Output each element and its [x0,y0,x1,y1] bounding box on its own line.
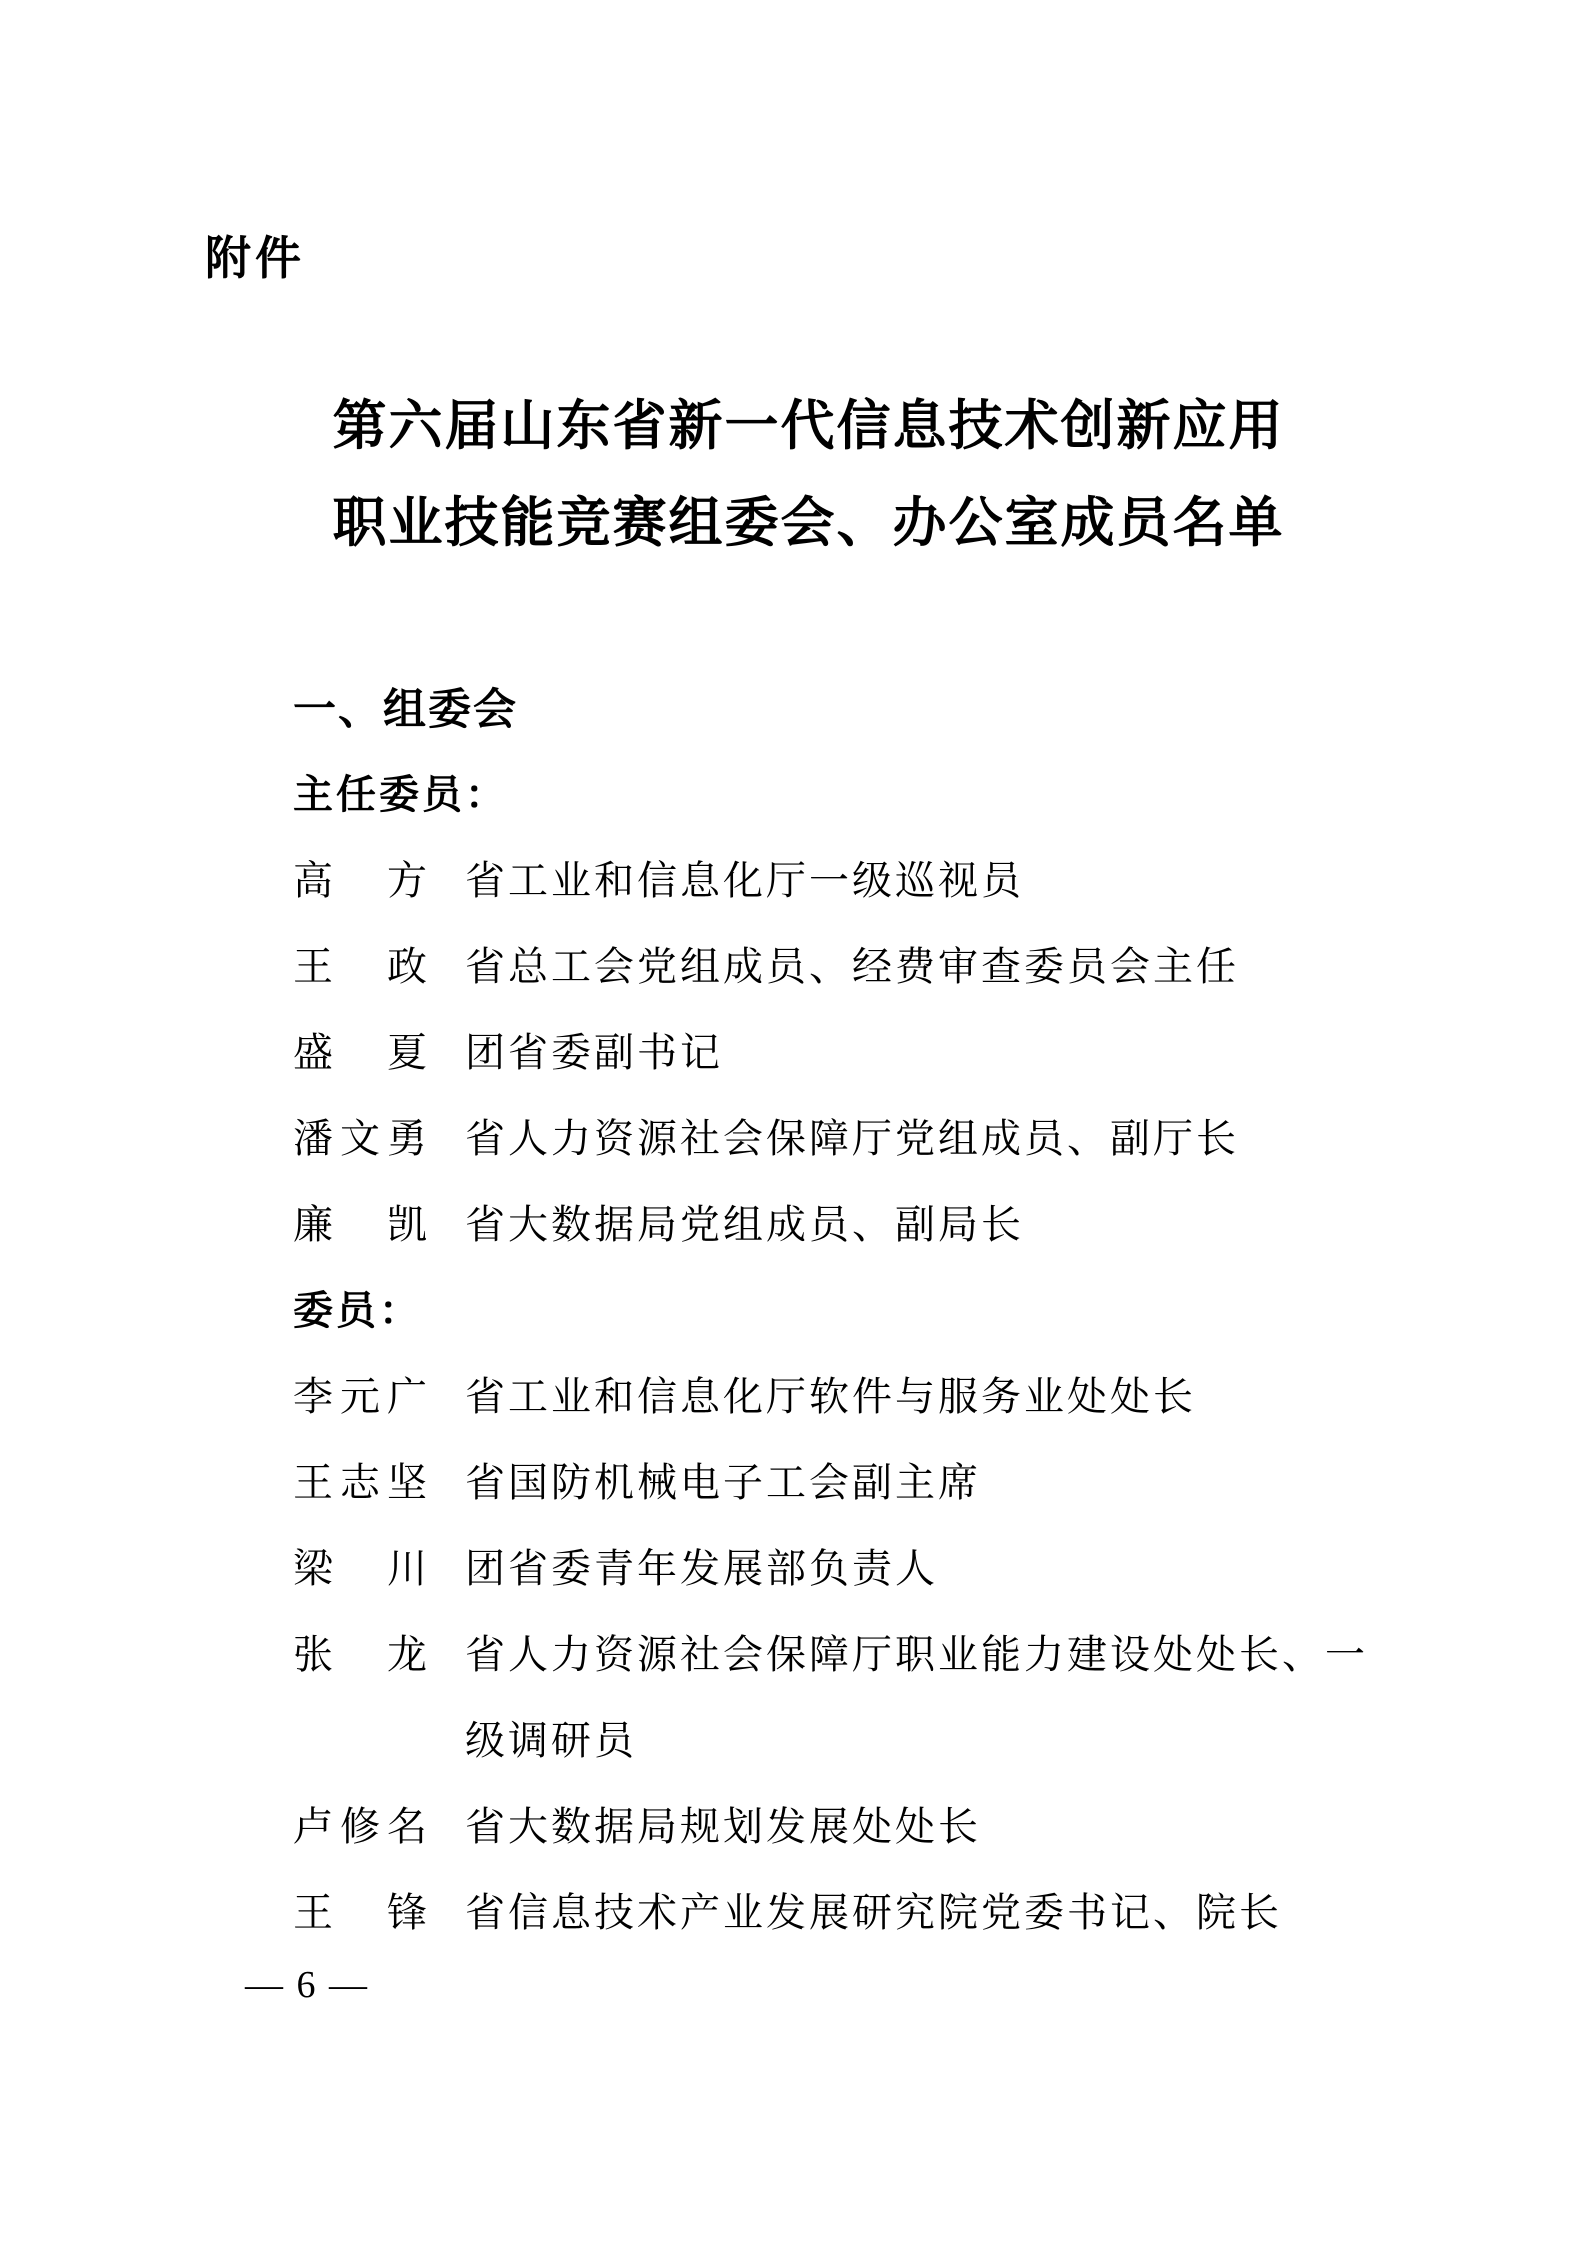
desc-line: 团省委副书记 [465,1010,723,1096]
member-name: 王 锋 [293,1870,430,1956]
member-desc: 团省委青年发展部负责人 [465,1526,938,1612]
desc-line: 省工业和信息化厅一级巡视员 [465,838,1024,924]
member-desc: 团省委副书记 [465,1010,723,1096]
member-desc: 省工业和信息化厅一级巡视员 [465,838,1024,924]
member-desc: 省国防机械电子工会副主席 [465,1440,981,1526]
member-row: 廉 凯 省大数据局党组成员、副局长 [293,1182,1433,1268]
member-desc: 省工业和信息化厅软件与服务业处处长 [465,1354,1196,1440]
member-row: 梁 川 团省委青年发展部负责人 [293,1526,1433,1612]
member-desc: 省人力资源社会保障厅职业能力建设处处长、一 级调研员 [465,1612,1368,1784]
member-name: 李元广 [293,1354,430,1440]
member-row: 王 锋 省信息技术产业发展研究院党委书记、院长 [293,1870,1433,1956]
member-row: 盛 夏 团省委副书记 [293,1010,1433,1096]
member-desc: 省人力资源社会保障厅党组成员、副厅长 [465,1096,1239,1182]
document-page: 附件 第六届山东省新一代信息技术创新应用 职业技能竞赛组委会、办公室成员名单 一… [0,0,1587,2245]
member-desc: 省大数据局党组成员、副局长 [465,1182,1024,1268]
desc-line: 省人力资源社会保障厅职业能力建设处处长、一 [465,1612,1368,1698]
member-row: 李元广 省工业和信息化厅软件与服务业处处长 [293,1354,1433,1440]
page-number: — 6 — [245,1955,369,2015]
member-name: 王志坚 [293,1440,430,1526]
group-heading-chairs: 主任委员： [293,752,1433,838]
member-row: 卢修名 省大数据局规划发展处处长 [293,1784,1433,1870]
member-row: 王 政 省总工会党组成员、经费审查委员会主任 [293,924,1433,1010]
desc-line: 省大数据局党组成员、副局长 [465,1182,1024,1268]
desc-line: 省国防机械电子工会副主席 [465,1440,981,1526]
attachment-label: 附件 [205,228,305,288]
member-name: 梁 川 [293,1526,430,1612]
committee-list: 主任委员： 高 方 省工业和信息化厅一级巡视员 王 政 省总工会党组成员、经费审… [293,752,1433,1956]
member-name: 王 政 [293,924,430,1010]
group-heading-members: 委员： [293,1268,1433,1354]
member-row: 王志坚 省国防机械电子工会副主席 [293,1440,1433,1526]
member-name: 潘文勇 [293,1096,430,1182]
desc-line: 省总工会党组成员、经费审查委员会主任 [465,924,1239,1010]
desc-line: 团省委青年发展部负责人 [465,1526,938,1612]
desc-line: 省人力资源社会保障厅党组成员、副厅长 [465,1096,1239,1182]
document-title: 第六届山东省新一代信息技术创新应用 职业技能竞赛组委会、办公室成员名单 [0,378,1587,572]
title-line-2: 职业技能竞赛组委会、办公室成员名单 [30,475,1587,572]
member-name: 廉 凯 [293,1182,430,1268]
member-row: 潘文勇 省人力资源社会保障厅党组成员、副厅长 [293,1096,1433,1182]
member-desc: 省总工会党组成员、经费审查委员会主任 [465,924,1239,1010]
desc-line: 级调研员 [465,1698,1368,1784]
member-row: 高 方 省工业和信息化厅一级巡视员 [293,838,1433,924]
member-name: 张 龙 [293,1612,430,1698]
member-row: 张 龙 省人力资源社会保障厅职业能力建设处处长、一 级调研员 [293,1612,1433,1784]
title-line-1: 第六届山东省新一代信息技术创新应用 [30,378,1587,475]
desc-line: 省信息技术产业发展研究院党委书记、院长 [465,1870,1282,1956]
member-desc: 省信息技术产业发展研究院党委书记、院长 [465,1870,1282,1956]
desc-line: 省工业和信息化厅软件与服务业处处长 [465,1354,1196,1440]
member-name: 高 方 [293,838,430,924]
desc-line: 省大数据局规划发展处处长 [465,1784,981,1870]
section-heading: 一、组委会 [293,685,518,735]
member-name: 卢修名 [293,1784,430,1870]
member-name: 盛 夏 [293,1010,430,1096]
member-desc: 省大数据局规划发展处处长 [465,1784,981,1870]
